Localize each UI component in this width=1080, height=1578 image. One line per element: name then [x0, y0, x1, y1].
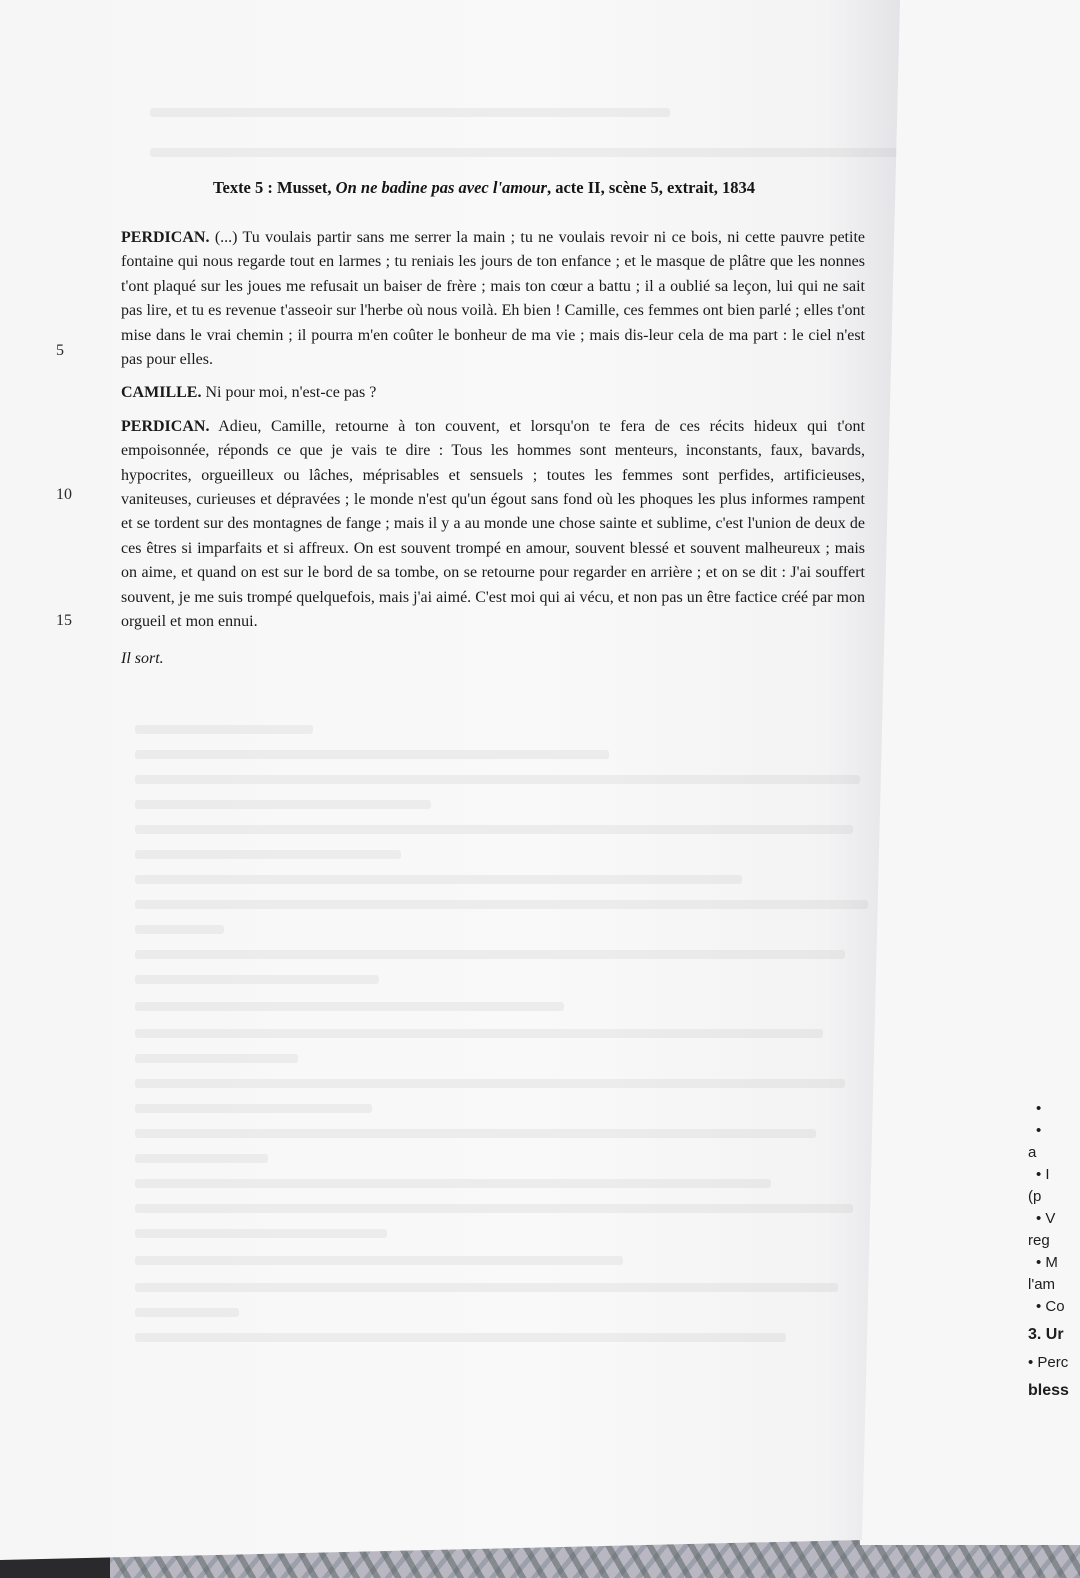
speaker-name: CAMILLE. — [121, 384, 201, 401]
main-sheet: Texte 5 : Musset, On ne badine pas avec … — [0, 0, 900, 1560]
fragment: reg — [1028, 1230, 1080, 1252]
paragraph-camille: CAMILLE. Ni pour moi, n'est-ce pas ? — [121, 381, 865, 405]
dialogue: Ni pour moi, n'est-ce pas ? — [201, 384, 376, 401]
fragment: • — [1036, 1098, 1080, 1120]
line-number: 5 — [56, 342, 64, 360]
bleed-through-line — [150, 148, 910, 157]
underlying-sheet-text: • • a • I (p • V reg • M l'am • Co 3. Ur… — [1036, 1098, 1080, 1408]
line-number: 15 — [56, 612, 72, 630]
title-prefix: Texte 5 : Musset, — [213, 178, 336, 197]
bleed-through-text — [135, 725, 875, 1358]
speaker-name: PERDICAN. — [121, 229, 209, 246]
fragment: • V — [1036, 1208, 1080, 1230]
fragment: • — [1036, 1120, 1080, 1142]
speaker-name: PERDICAN. — [121, 418, 209, 435]
stage-direction: Il sort. — [121, 647, 865, 671]
bleed-through-line — [150, 108, 670, 117]
fragment: • Perc — [1028, 1352, 1080, 1374]
dialogue: (...) Tu voulais partir sans me serrer l… — [121, 229, 865, 368]
fragment: (p — [1028, 1186, 1080, 1208]
fragment: • Co — [1036, 1296, 1080, 1318]
dialogue: Adieu, Camille, retourne à ton couvent, … — [121, 418, 865, 630]
fragment: • M — [1036, 1252, 1080, 1274]
fragment: • I — [1036, 1164, 1080, 1186]
title-suffix: , acte II, scène 5, extrait, 1834 — [547, 178, 755, 197]
fragment: a — [1028, 1142, 1080, 1164]
paragraph-perdican-1: PERDICAN. (...) Tu voulais partir sans m… — [121, 226, 865, 372]
paragraph-perdican-2: PERDICAN. Adieu, Camille, retourne à ton… — [121, 415, 865, 635]
title-work: On ne badine pas avec l'amour — [336, 178, 547, 197]
fragment: l'am — [1028, 1274, 1080, 1296]
fragment-heading: 3. Ur — [1028, 1324, 1080, 1346]
document-title: Texte 5 : Musset, On ne badine pas avec … — [213, 178, 755, 198]
fragment: bless — [1028, 1380, 1080, 1402]
line-number: 10 — [56, 486, 72, 504]
excerpt-text: PERDICAN. (...) Tu voulais partir sans m… — [121, 226, 865, 680]
